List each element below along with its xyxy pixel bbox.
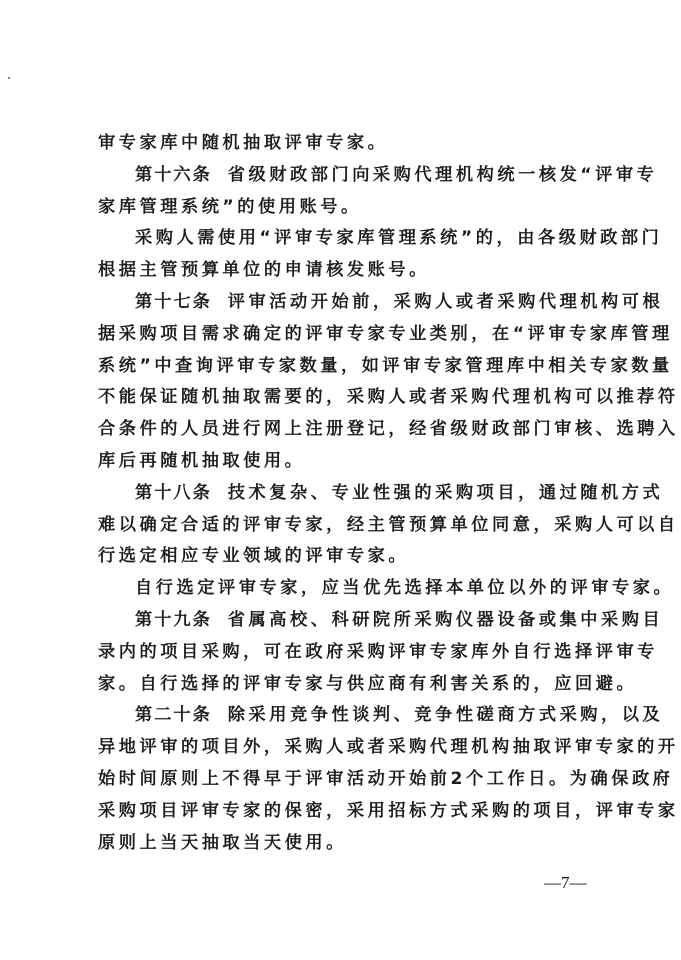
line-text: 不能保证随机抽取需要的，采购人或者采购代理机构可以推荐符 (98, 387, 679, 407)
text-line: 始时间原则上不得早于评审活动开始前2个工作日。为确保政府 (98, 764, 610, 796)
page-number: —7— (544, 873, 587, 893)
line-text: 录内的项目采购，可在政府采购评审专家库外自行选择评审专 (98, 642, 658, 662)
line-text: 采购项目评审专家的保密，采用招标方式采购的项目，评审专家 (98, 801, 679, 821)
line-text: 库后再随机抽取使用。 (98, 451, 305, 471)
article-number: 第二十条 (135, 705, 212, 725)
article-18-heading-line: 第十八条技术复杂、专业性强的采购项目，通过随机方式 (98, 478, 610, 510)
text-line: 合条件的人员进行网上注册登记，经省级财政部门审核、选聘入 (98, 414, 610, 446)
text-line: 采购项目评审专家的保密，采用招标方式采购的项目，评审专家 (98, 796, 610, 828)
line-text: 原则上当天抽取当天使用。 (98, 833, 347, 853)
line-text: 评审活动开始前，采购人或者采购代理机构可根 (228, 292, 664, 312)
line-text: 据采购项目需求确定的评审专家专业类别，在“评审专家库管理 (98, 324, 673, 344)
text-line: 录内的项目采购，可在政府采购评审专家库外自行选择评审专 (98, 637, 610, 669)
document-body: 审专家库中随机抽取评审专家。 第十六条省级财政部门向采购代理机构统一核发“评审专… (98, 128, 610, 859)
article-number: 第十七条 (135, 292, 212, 312)
article-16-heading-line: 第十六条省级财政部门向采购代理机构统一核发“评审专 (98, 160, 610, 192)
article-number: 第十六条 (135, 165, 212, 185)
line-text: 系统”中查询评审专家数量，如评审专家管理库中相关专家数量 (98, 356, 673, 376)
line-text: 难以确定合适的评审专家，经主管预算单位同意，采购人可以自 (98, 515, 679, 535)
line-text: 根据主管预算单位的申请核发账号。 (98, 260, 430, 280)
text-line: 据采购项目需求确定的评审专家专业类别，在“评审专家库管理 (98, 319, 610, 351)
text-line: 审专家库中随机抽取评审专家。 (98, 128, 610, 160)
article-number: 第十八条 (135, 483, 212, 503)
text-line: 根据主管预算单位的申请核发账号。 (98, 255, 610, 287)
line-text: 行选定相应专业领域的评审专家。 (98, 546, 409, 566)
line-text: 自行选定评审专家，应当优先选择本单位以外的评审专家。 (135, 578, 674, 598)
line-text: 合条件的人员进行网上注册登记，经省级财政部门审核、选聘入 (98, 419, 679, 439)
scan-speck (8, 77, 10, 79)
line-text: 家库管理系统”的使用账号。 (98, 197, 362, 217)
text-line: 行选定相应专业领域的评审专家。 (98, 541, 610, 573)
text-line: 自行选定评审专家，应当优先选择本单位以外的评审专家。 (98, 573, 610, 605)
text-line: 家。自行选择的评审专家与供应商有利害关系的，应回避。 (98, 669, 610, 701)
line-text: 家。自行选择的评审专家与供应商有利害关系的，应回避。 (98, 674, 637, 694)
article-19-heading-line: 第十九条省属高校、科研院所采购仪器设备或集中采购目 (98, 605, 610, 637)
line-text: 除采用竞争性谈判、竞争性磋商方式采购，以及 (228, 705, 664, 725)
line-text: 采购人需使用“评审专家库管理系统”的，由各级财政部门 (135, 228, 662, 248)
line-text: 省属高校、科研院所采购仪器设备或集中采购目 (228, 610, 664, 630)
line-text: 异地评审的项目外，采购人或者采购代理机构抽取评审专家的开 (98, 737, 679, 757)
text-line: 不能保证随机抽取需要的，采购人或者采购代理机构可以推荐符 (98, 382, 610, 414)
article-20-heading-line: 第二十条除采用竞争性谈判、竞争性磋商方式采购，以及 (98, 700, 610, 732)
text-line: 库后再随机抽取使用。 (98, 446, 610, 478)
text-line: 异地评审的项目外，采购人或者采购代理机构抽取评审专家的开 (98, 732, 610, 764)
article-17-heading-line: 第十七条评审活动开始前，采购人或者采购代理机构可根 (98, 287, 610, 319)
text-line: 原则上当天抽取当天使用。 (98, 828, 610, 860)
line-text: 省级财政部门向采购代理机构统一核发“评审专 (228, 165, 658, 185)
text-line: 采购人需使用“评审专家库管理系统”的，由各级财政部门 (98, 223, 610, 255)
text-line: 难以确定合适的评审专家，经主管预算单位同意，采购人可以自 (98, 510, 610, 542)
line-text: 始时间原则上不得早于评审活动开始前2个工作日。为确保政府 (98, 769, 673, 789)
text-line: 家库管理系统”的使用账号。 (98, 192, 610, 224)
line-text: 技术复杂、专业性强的采购项目，通过随机方式 (228, 483, 664, 503)
text-line: 系统”中查询评审专家数量，如评审专家管理库中相关专家数量 (98, 351, 610, 383)
article-number: 第十九条 (135, 610, 212, 630)
line-text: 审专家库中随机抽取评审专家。 (98, 133, 388, 153)
